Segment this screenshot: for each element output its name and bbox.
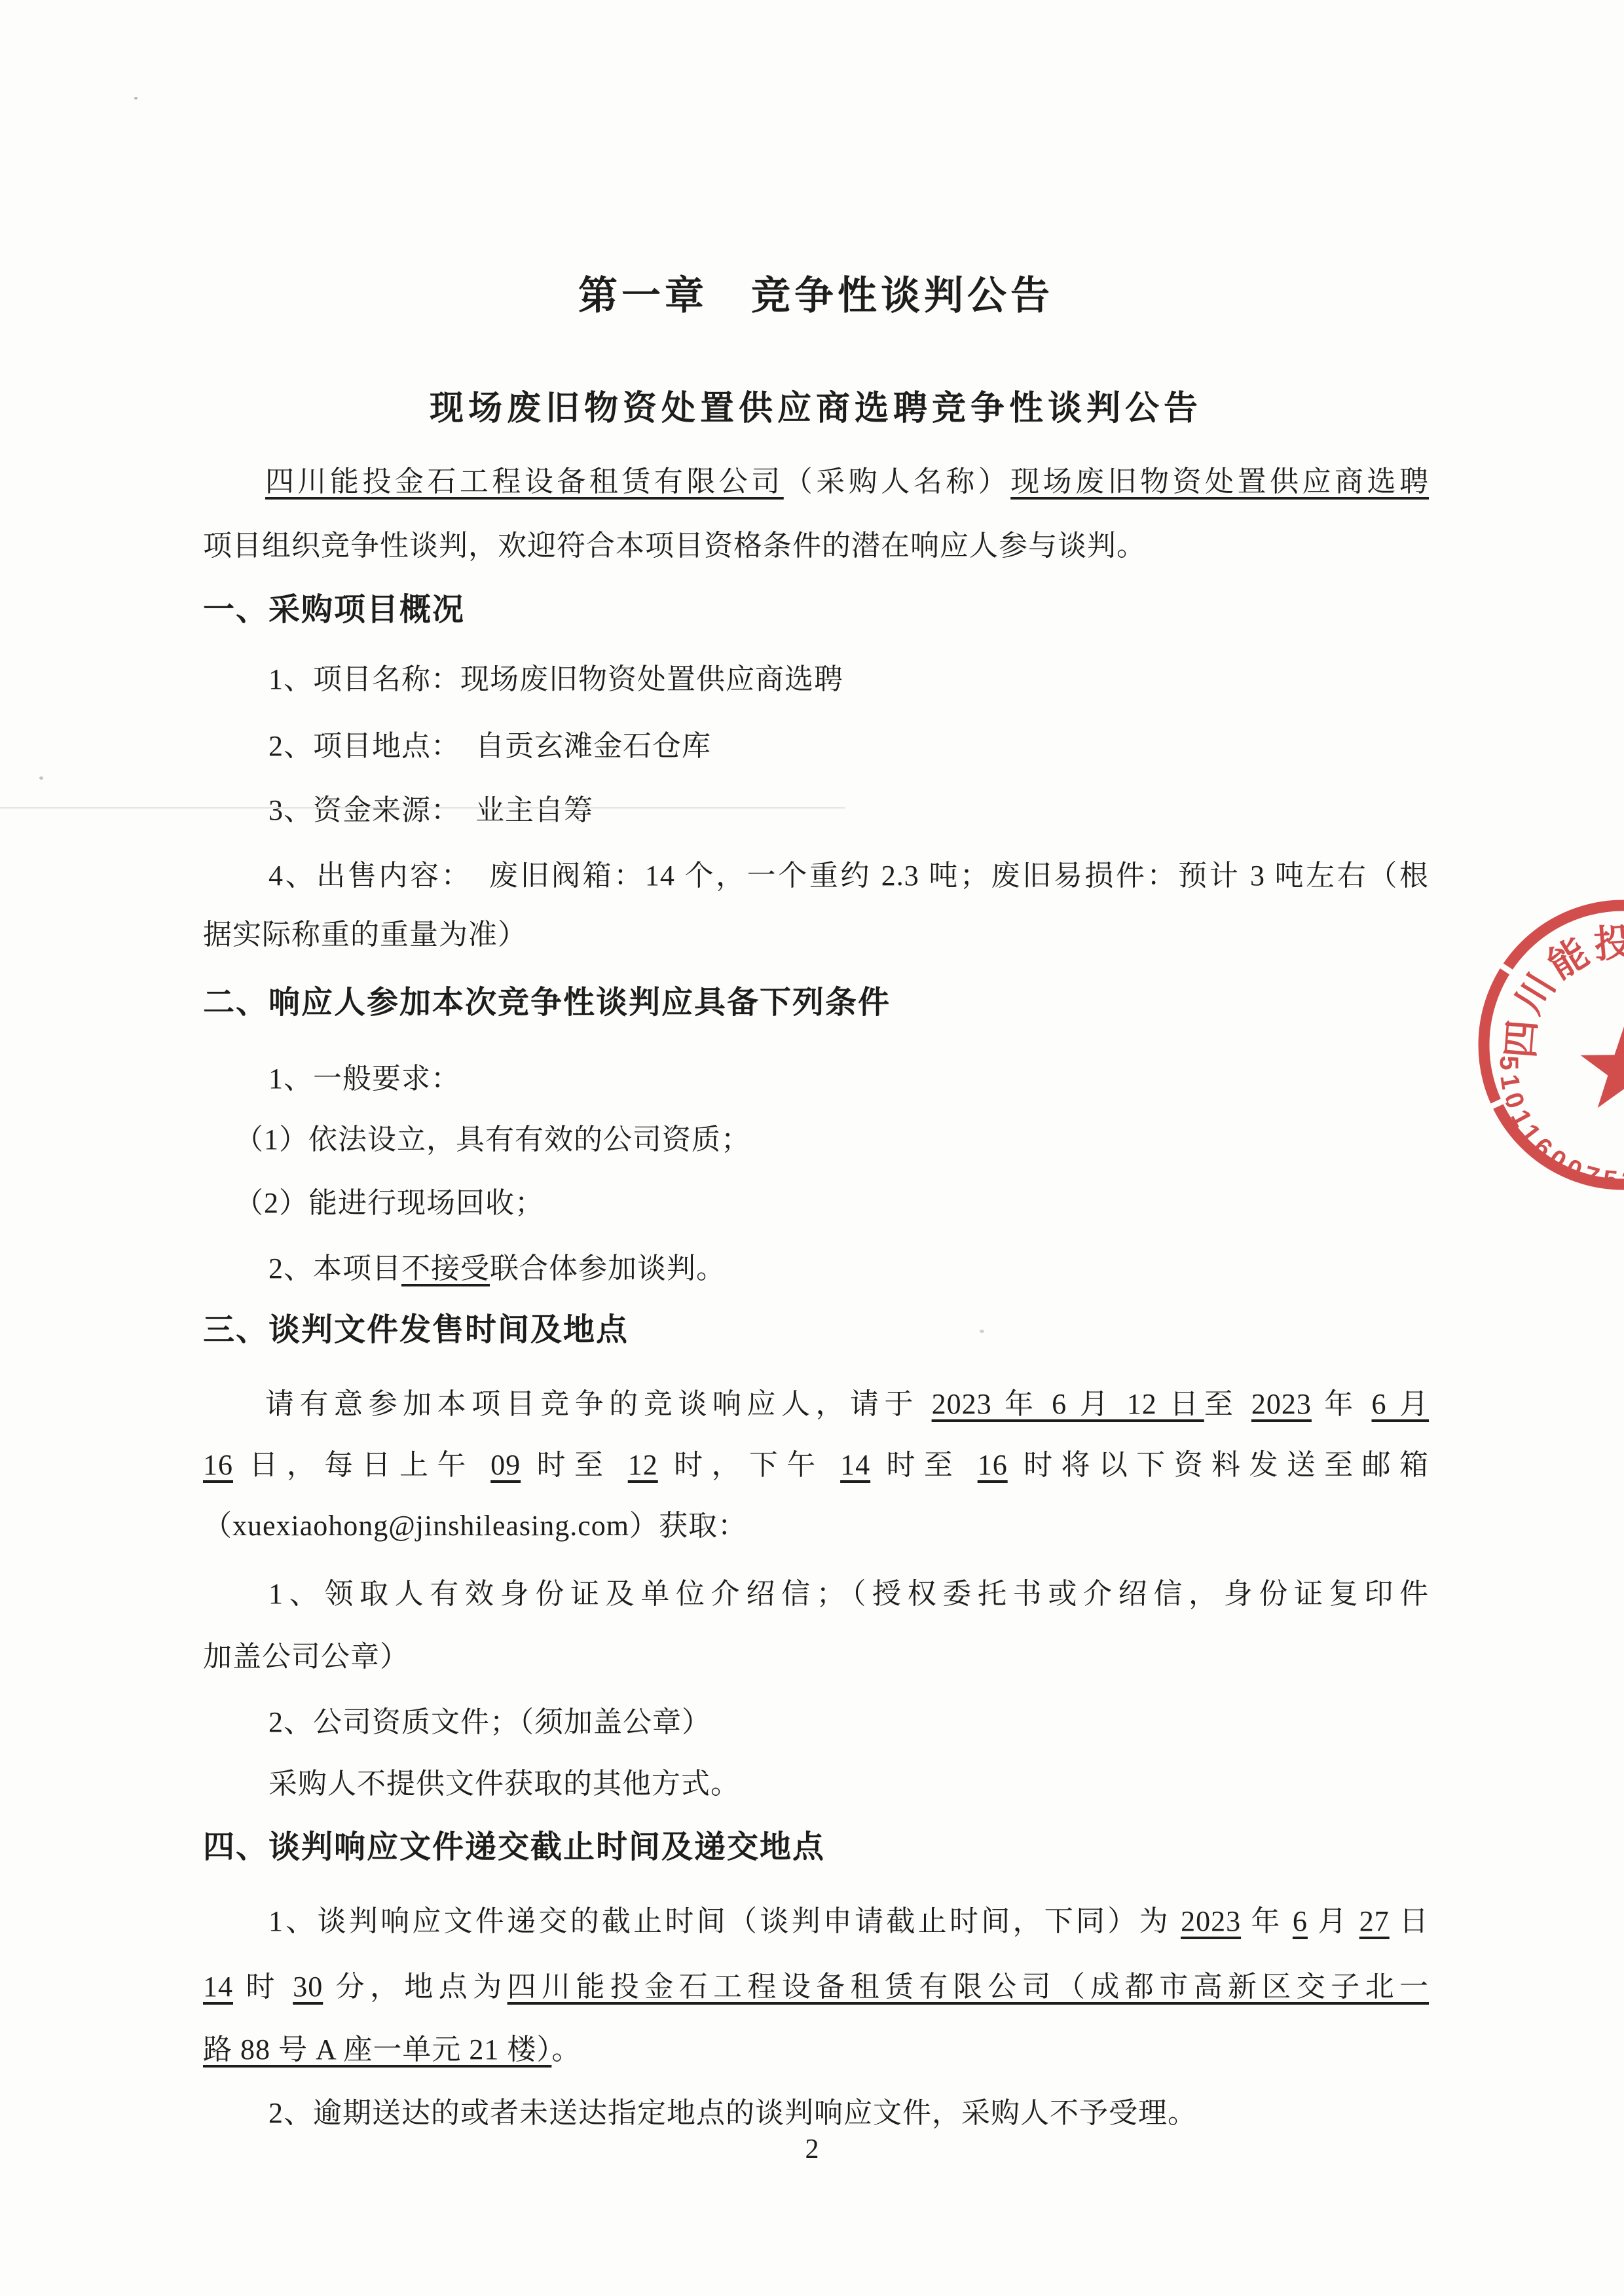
section-heading-4: 四、谈判响应文件递交截止时间及递交地点	[203, 1829, 1429, 1867]
deadline-line-2: 14 时 30 分，地点为四川能投金石工程设备租赁有限公司（成都市高新区交子北一	[203, 1969, 1429, 2005]
item-id-docs-2: 加盖公司公章）	[203, 1639, 1429, 1675]
deadline-line-3: 路 88 号 A 座一单元 21 楼）。	[203, 2032, 1429, 2068]
chapter-title: 第一章 竞争性谈判公告	[203, 272, 1429, 320]
intro-line-2: 项目组织竞争性谈判，欢迎符合本项目资格条件的潜在响应人参与谈判。	[203, 528, 1429, 564]
item-project-site: 2、项目地点： 自贡玄滩金石仓库	[203, 728, 1429, 765]
scan-speck	[39, 776, 43, 780]
seal-serial-number: 5101160075364	[1494, 1055, 1624, 1195]
company-seal-stamp: 四川能投金石工程设备租赁有限公司 5101160075364	[1440, 862, 1624, 1228]
deadline-line-1: 1、谈判响应文件递交的截止时间（谈判申请截止时间，下同）为 2023 年 6 月…	[203, 1903, 1429, 1940]
email-line: （xuexiaohong@jinshileasing.com）获取：	[203, 1508, 1429, 1544]
section-heading-1: 一、采购项目概况	[203, 591, 1429, 629]
page-number: 2	[60, 2133, 1564, 2166]
announcement-subtitle: 现场废旧物资处置供应商选聘竞争性谈判公告	[203, 388, 1429, 430]
item-general-req: 1、一般要求：	[203, 1061, 1429, 1097]
intro-line-1: 四川能投金石工程设备租赁有限公司（采购人名称）现场废旧物资处置供应商选聘	[203, 464, 1429, 500]
item-no-consortium: 2、本项目不接受联合体参加谈判。	[203, 1250, 1429, 1287]
scan-speck	[980, 1330, 984, 1333]
no-other-way-note: 采购人不提供文件获取的其他方式。	[203, 1766, 1429, 1802]
section-heading-3: 三、谈判文件发售时间及地点	[203, 1311, 1429, 1349]
scanned-document-page: 第一章 竞争性谈判公告 现场废旧物资处置供应商选聘竞争性谈判公告 四川能投金石工…	[0, 0, 1624, 2296]
item-fund-source: 3、资金来源： 业主自筹	[203, 792, 1429, 829]
item-sale-content-2: 据实际称重的重量为准）	[203, 917, 1429, 953]
item-late-delivery: 2、逾期送达的或者未送达指定地点的谈判响应文件，采购人不予受理。	[203, 2095, 1429, 2132]
sale-time-line-1: 请有意参加本项目竞争的竞谈响应人，请于 2023 年 6 月 12 日至 202…	[203, 1386, 1429, 1423]
scan-speck	[134, 97, 138, 100]
subitem-legal: （1）依法设立，具有有效的公司资质；	[203, 1121, 1429, 1158]
item-id-docs-1: 1、领取人有效身份证及单位介绍信；（授权委托书或介绍信，身份证复印件	[203, 1576, 1429, 1613]
item-project-name: 1、项目名称：现场废旧物资处置供应商选聘	[203, 661, 1429, 698]
subitem-onsite: （2）能进行现场回收；	[203, 1185, 1429, 1222]
seal-company-text: 四川能投金石工程设备租赁有限公司	[1499, 920, 1624, 1059]
item-qualification: 2、公司资质文件；（须加盖公章）	[203, 1704, 1429, 1741]
section-heading-2: 二、响应人参加本次竞争性谈判应具备下列条件	[203, 984, 1429, 1022]
sale-time-line-2: 16 日，每日上午 09 时至 12 时，下午 14 时至 16 时将以下资料发…	[203, 1447, 1429, 1484]
scan-artifact-line	[0, 807, 845, 809]
seal-star-icon	[1581, 1023, 1624, 1108]
item-sale-content-1: 4、出售内容： 废旧阀箱：14 个，一个重约 2.3 吨；废旧易损件：预计 3 …	[203, 858, 1429, 894]
